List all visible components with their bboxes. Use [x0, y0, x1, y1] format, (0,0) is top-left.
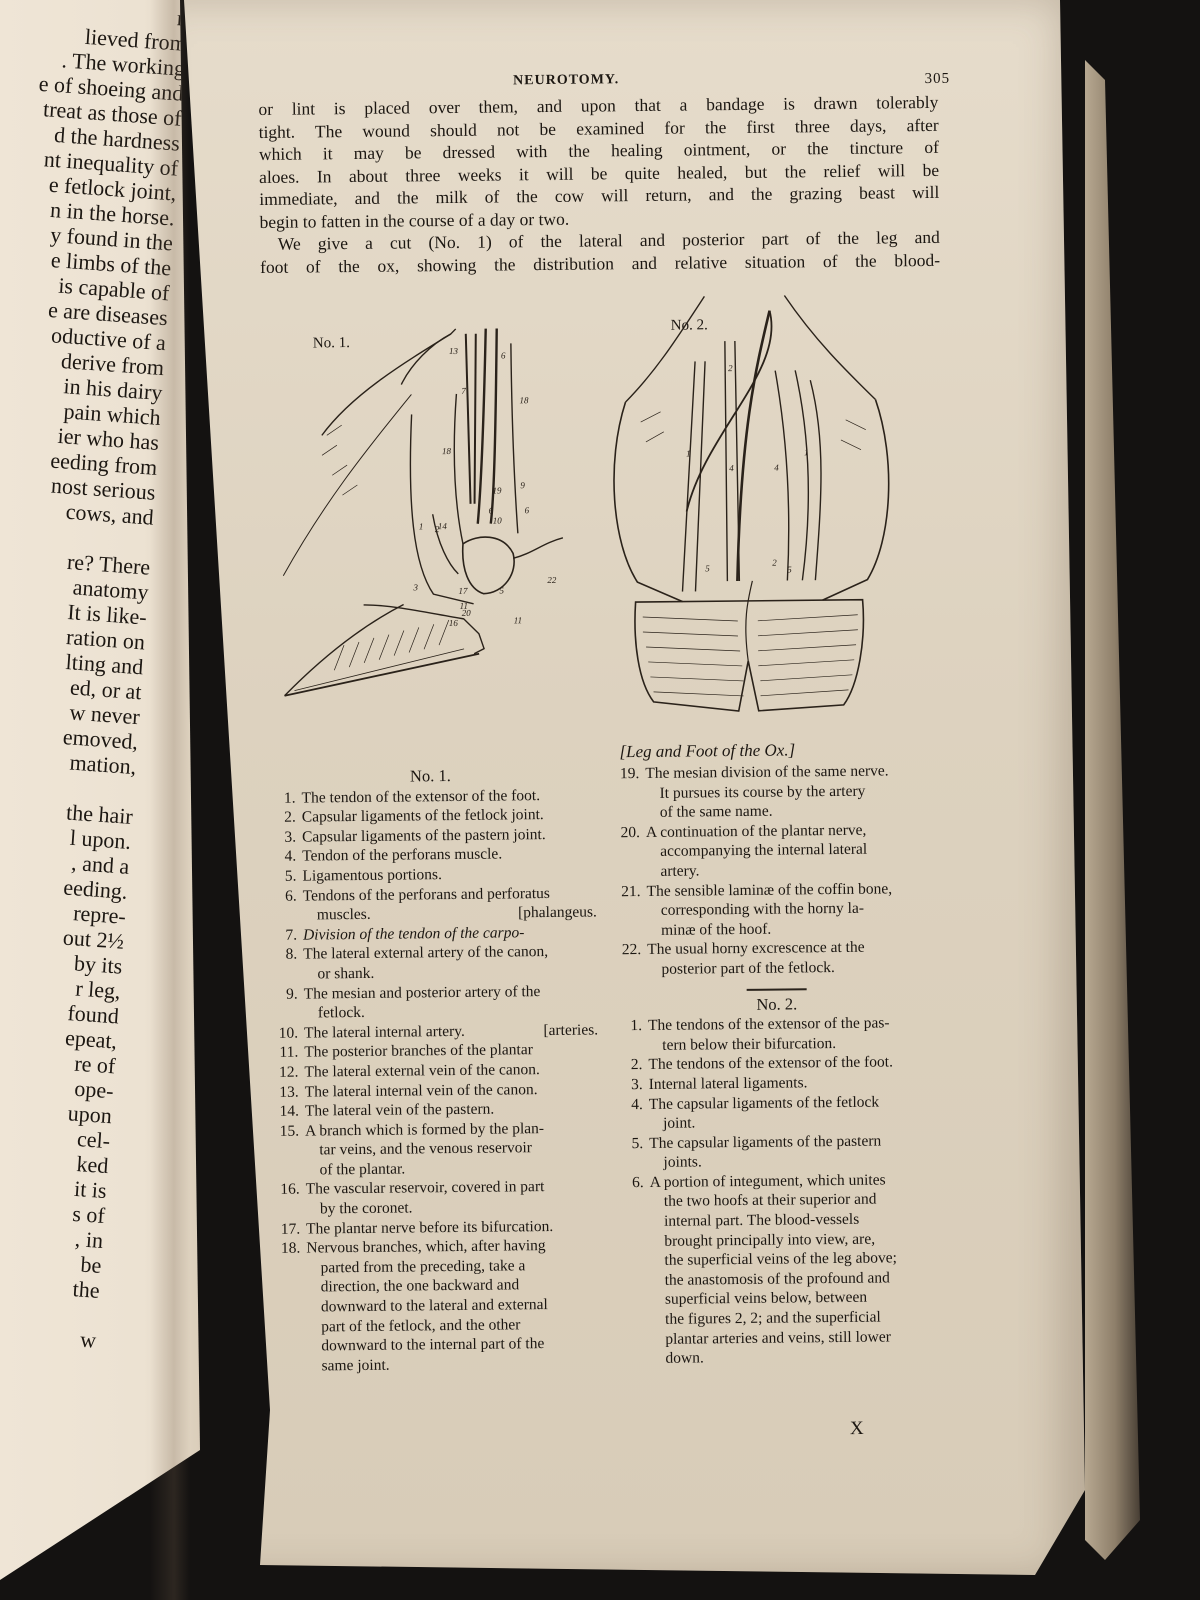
legend-item-number: 6. — [267, 886, 303, 926]
legend-item: 8.The lateral external artery of the can… — [267, 942, 597, 985]
legend-item-text: A branch which is formed by the plan-tar… — [305, 1118, 600, 1180]
section-rule — [747, 988, 807, 991]
legend-item-number: 6. — [614, 1173, 652, 1369]
legend-item-text: The sensible laminæ of the coffin bone,c… — [647, 878, 942, 940]
book-photo: r.lieved from. The workinge of shoeing a… — [0, 0, 1200, 1600]
legend-item-number: 5. — [266, 867, 302, 887]
legend-item-number: 7. — [267, 925, 303, 945]
legend-item-text: The usual horny excrescence at theposter… — [647, 937, 941, 979]
legend-item-number: 4. — [266, 847, 302, 867]
legend-item-number: 9. — [268, 984, 304, 1024]
legend-item-text: A portion of integument, which unitesthe… — [650, 1170, 946, 1369]
body-paragraph-2: We give a cut (No. 1) of the lateral and… — [260, 226, 940, 278]
legend-item-number: 2. — [266, 808, 302, 828]
facing-page-text: r.lieved from. The workinge of shoeing a… — [0, 0, 189, 1353]
svg-text:5: 5 — [787, 564, 792, 574]
legend-item-number: 18. — [270, 1239, 307, 1377]
figure-1-label: No. 1. — [313, 335, 350, 352]
svg-text:1: 1 — [419, 521, 424, 531]
legend-item-number: 2. — [612, 1055, 648, 1075]
legend-item-number: 8. — [267, 945, 303, 985]
figure-legend: No. 1. 1.The tendon of the extensor of t… — [265, 761, 951, 1376]
legend-item-number: 3. — [266, 827, 302, 847]
legend-item: 9.The mesian and posterior artery of the… — [268, 981, 598, 1024]
page-content: NEUROTOMY. 305 or lint is placed over th… — [258, 63, 952, 1376]
legend-item-number: 1. — [612, 1016, 648, 1056]
svg-text:3: 3 — [412, 582, 418, 592]
legend-item: 1.The tendons of the extensor of the pas… — [612, 1013, 942, 1056]
legend-item: 6.Tendons of the perforans and perforatu… — [267, 883, 597, 926]
legend-item: 6.A portion of integument, which unitest… — [614, 1170, 946, 1369]
legend-item-number: 21. — [611, 882, 648, 941]
svg-text:19: 19 — [492, 485, 502, 495]
svg-text:4: 4 — [774, 463, 779, 473]
svg-text:18: 18 — [442, 446, 452, 456]
legend-item-text: The mesian and posterior artery of thefe… — [304, 981, 598, 1023]
figure-2-label: No. 2. — [671, 317, 708, 334]
legend-item-number: 20. — [610, 823, 647, 882]
legend-item: 16.The vascular reservoir, covered in pa… — [270, 1177, 600, 1220]
legend-item-text: A continuation of the plantar nerve,acco… — [646, 820, 941, 882]
legend-item-text: The mesian division of the same nerve.It… — [645, 761, 940, 823]
legend-no1-heading: No. 1. — [265, 765, 595, 788]
figure-leg-and-foot-of-ox: No. 1. No. 2. — [260, 279, 945, 744]
svg-text:7: 7 — [461, 386, 466, 396]
svg-text:4: 4 — [729, 463, 734, 473]
body-paragraph-1: or lint is placed over them, and upon th… — [258, 91, 939, 233]
svg-text:5: 5 — [705, 563, 710, 573]
svg-text:11: 11 — [514, 615, 522, 625]
figure-1-engraving: 1367 181819 966 10141 2317 11516 201122 — [260, 303, 584, 736]
legend-carryover: [arteries. — [543, 1020, 598, 1040]
legend-item-number: 17. — [270, 1219, 306, 1239]
legend-item-number: 10. — [268, 1023, 304, 1043]
chapter-title: NEUROTOMY. — [513, 72, 619, 89]
svg-text:2: 2 — [435, 524, 440, 534]
legend-item: 22.The usual horny excrescence at thepos… — [611, 937, 941, 980]
legend-item-text: The capsular ligaments of the pasternjoi… — [649, 1131, 943, 1173]
page-number: 305 — [925, 71, 951, 88]
legend-item-text: The lateral external artery of the canon… — [303, 942, 597, 984]
page-edges — [1085, 60, 1145, 1560]
legend-item: 5.The capsular ligaments of the pasternj… — [613, 1131, 943, 1174]
legend-item-number: 15. — [269, 1121, 306, 1180]
legend-item-text: The tendons of the extensor of the pas-t… — [648, 1013, 942, 1055]
svg-text:6: 6 — [489, 506, 494, 516]
svg-text:13: 13 — [449, 346, 459, 356]
legend-item: 19.The mesian division of the same nerve… — [609, 761, 940, 823]
svg-text:9: 9 — [520, 480, 525, 490]
legend-item-number: 16. — [270, 1180, 306, 1220]
legend-item-number: 13. — [269, 1082, 305, 1102]
legend-item: 20.A continuation of the plantar nerve,a… — [610, 820, 941, 882]
svg-text:18: 18 — [519, 395, 529, 405]
figure-2-engraving: 214 415 25 — [584, 279, 909, 732]
legend-item-number: 1. — [266, 788, 302, 808]
svg-text:22: 22 — [547, 575, 557, 585]
legend-carryover: [phalangeus. — [518, 903, 597, 923]
svg-text:6: 6 — [525, 505, 530, 515]
legend-item: 18.Nervous branches, which, after having… — [270, 1236, 601, 1377]
legend-item-number: 19. — [609, 764, 646, 823]
legend-column-left: No. 1. 1.The tendon of the extensor of t… — [265, 765, 601, 1377]
legend-item: 15.A branch which is formed by the plan-… — [269, 1118, 600, 1180]
svg-text:2: 2 — [772, 558, 777, 568]
svg-text:16: 16 — [449, 618, 459, 628]
svg-text:17: 17 — [458, 586, 468, 596]
legend-item-number: 4. — [613, 1094, 649, 1134]
legend-item: 4.The capsular ligaments of the fetlockj… — [613, 1091, 943, 1134]
legend-item-number: 3. — [613, 1075, 649, 1095]
legend-item-number: 11. — [268, 1043, 304, 1063]
svg-text:5: 5 — [499, 585, 504, 595]
svg-text:10: 10 — [493, 515, 503, 525]
legend-item-text: The vascular reservoir, covered in partb… — [306, 1177, 600, 1219]
legend-item-text: Nervous branches, which, after havingpar… — [306, 1236, 601, 1376]
svg-text:2: 2 — [728, 363, 733, 373]
svg-text:1: 1 — [686, 448, 691, 458]
legend-column-right: 19.The mesian division of the same nerve… — [609, 761, 945, 1373]
legend-item-text: The capsular ligaments of the fetlockjoi… — [649, 1091, 943, 1133]
facing-page-left: r.lieved from. The workinge of shoeing a… — [0, 0, 205, 1590]
legend-no2-heading: No. 2. — [612, 992, 942, 1015]
legend-item-number: 22. — [611, 940, 647, 980]
svg-text:20: 20 — [462, 608, 472, 618]
legend-item: 21.The sensible laminæ of the coffin bon… — [611, 878, 942, 940]
legend-item-number: 5. — [613, 1134, 649, 1174]
signature-mark: X — [850, 1418, 864, 1440]
legend-item-number: 14. — [269, 1102, 305, 1122]
legend-item-text: Tendons of the perforans and perforatusm… — [303, 883, 597, 925]
svg-text:6: 6 — [501, 350, 506, 360]
legend-item-number: 12. — [268, 1062, 304, 1082]
svg-text:1: 1 — [804, 447, 809, 457]
